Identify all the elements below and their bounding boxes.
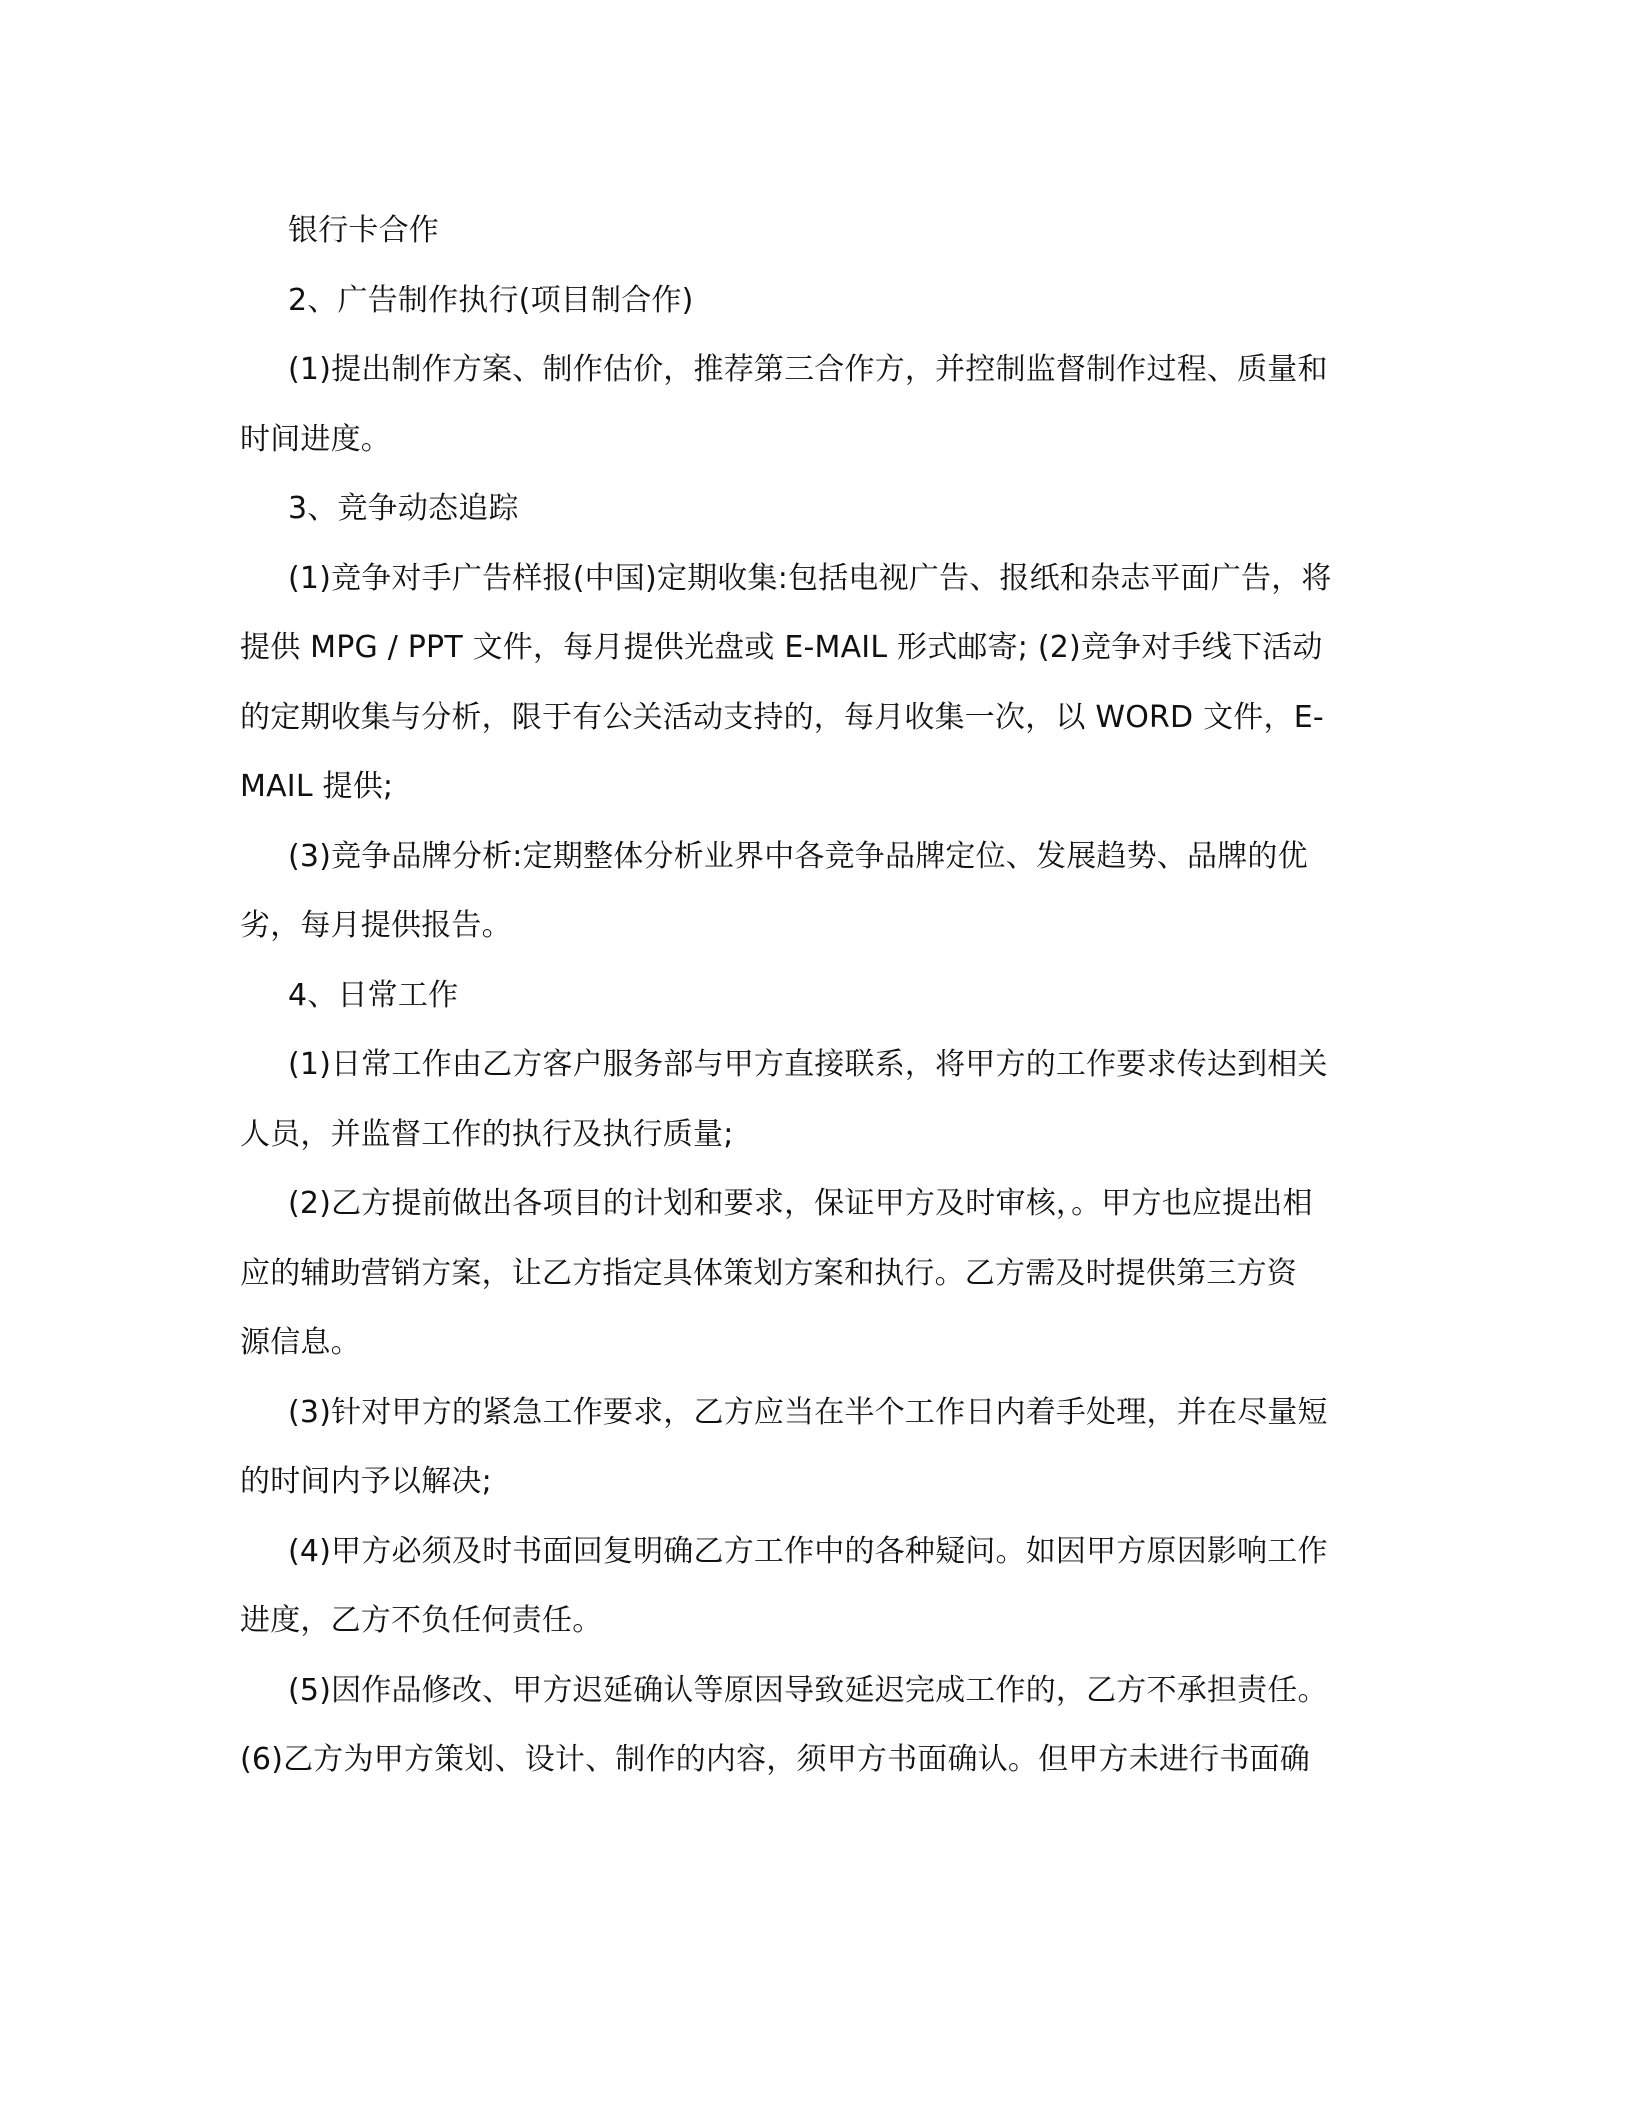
paragraph-line: (1)日常工作由乙方客户服务部与甲方直接联系，将甲方的工作要求传达到相关 (240, 1030, 1376, 1100)
section-heading-competition-tracking: 3、竞争动态追踪 (240, 474, 1376, 544)
paragraph-line: (2)乙方提前做出各项目的计划和要求，保证甲方及时审核，。甲方也应提出相 (240, 1169, 1376, 1239)
paragraph-line: 进度，乙方不负任何责任。 (240, 1586, 1376, 1656)
paragraph-line: 源信息。 (240, 1308, 1376, 1378)
paragraph-line: (6)乙方为甲方策划、设计、制作的内容，须甲方书面确认。但甲方未进行书面确 (240, 1725, 1376, 1795)
paragraph-line: (4)甲方必须及时书面回复明确乙方工作中的各种疑问。如因甲方原因影响工作 (240, 1517, 1376, 1587)
paragraph-line: MAIL 提供; (240, 752, 1376, 822)
document-page: 银行卡合作 2、广告制作执行(项目制合作) (1)提出制作方案、制作估价，推荐第… (240, 196, 1376, 1795)
paragraph-line: (3)针对甲方的紧急工作要求，乙方应当在半个工作日内着手处理，并在尽量短 (240, 1378, 1376, 1448)
text-line-bank-card-cooperation: 银行卡合作 (240, 196, 1376, 266)
paragraph-line: (1)提出制作方案、制作估价，推荐第三合作方，并控制监督制作过程、质量和 (240, 335, 1376, 405)
paragraph-line: 劣，每月提供报告。 (240, 891, 1376, 961)
section-heading-daily-work: 4、日常工作 (240, 961, 1376, 1031)
paragraph-line: 人员，并监督工作的执行及执行质量; (240, 1100, 1376, 1170)
paragraph-line: 应的辅助营销方案，让乙方指定具体策划方案和执行。乙方需及时提供第三方资 (240, 1239, 1376, 1309)
paragraph-line: 提供 MPG / PPT 文件，每月提供光盘或 E-MAIL 形式邮寄; (2)… (240, 613, 1376, 683)
paragraph-line: 的时间内予以解决; (240, 1447, 1376, 1517)
section-heading-ad-production: 2、广告制作执行(项目制合作) (240, 266, 1376, 336)
paragraph-line: (3)竞争品牌分析:定期整体分析业界中各竞争品牌定位、发展趋势、品牌的优 (240, 822, 1376, 892)
paragraph-line: (1)竞争对手广告样报(中国)定期收集:包括电视广告、报纸和杂志平面广告，将 (240, 544, 1376, 614)
paragraph-line: (5)因作品修改、甲方迟延确认等原因导致延迟完成工作的，乙方不承担责任。 (240, 1656, 1376, 1726)
paragraph-line: 的定期收集与分析，限于有公关活动支持的，每月收集一次，以 WORD 文件，E- (240, 683, 1376, 753)
paragraph-line: 时间进度。 (240, 405, 1376, 475)
